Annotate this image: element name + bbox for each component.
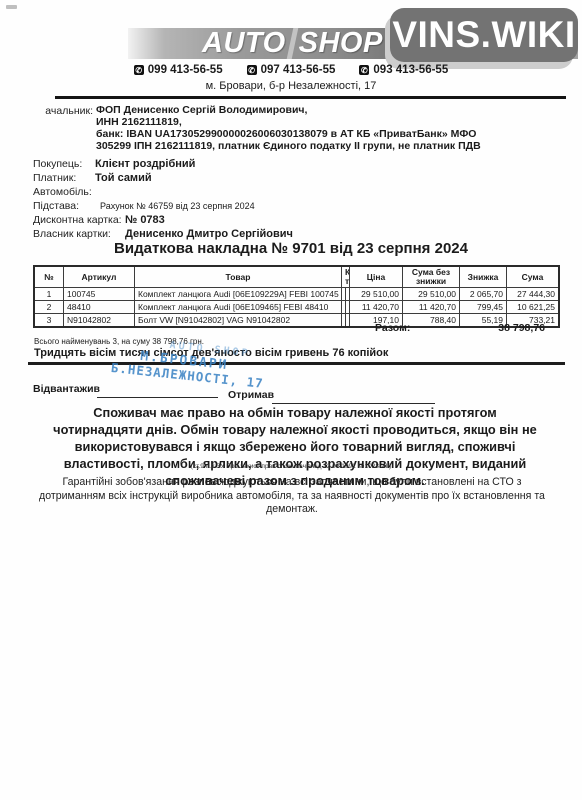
col-header-sku: Артикул: [64, 266, 135, 288]
cell-sku: N91042802: [64, 314, 135, 328]
phone-number: 097 413-56-55: [261, 64, 336, 76]
signature-shipped-line: [97, 380, 218, 398]
phone-number: 093 413-56-55: [373, 64, 448, 76]
cell-product: Комплект ланцюга Audi [06E109465] FEBI 4…: [135, 301, 342, 314]
cell-product: Болт VW [N91042802] VAG N91042802: [135, 314, 342, 328]
signature-received-label: Отримав: [228, 389, 274, 401]
total-label: Разом:: [375, 322, 410, 334]
warranty-paragraph: Гарантійні зобов'язання розповсюджуються…: [38, 476, 546, 517]
invoice-title: Видаткова накладна № 9701 від 23 серпня …: [0, 240, 582, 257]
seller-tax-info: 305299 ІПН 2162111819, платник Єдиного п…: [96, 140, 566, 152]
cell-unit: шт: [346, 301, 350, 314]
shop-address: м. Бровари, б-р Незалежності, 17: [0, 80, 582, 92]
signature-received-line: [272, 386, 435, 404]
cell-sku: 100745: [64, 288, 135, 301]
card-owner-label: Власник картки:: [33, 228, 125, 240]
col-header-price: Ціна: [350, 266, 403, 288]
table-row: 3 N91042802 Болт VW [N91042802] VAG N910…: [34, 314, 559, 328]
cell-qty: 1: [342, 288, 346, 301]
phone-entry: ✆ 097 413-56-55: [247, 64, 336, 76]
scan-artifact: [6, 5, 17, 9]
items-count-line: Всього найменувань 3, на суму 38 798,76 …: [34, 337, 204, 346]
col-header-product: Товар: [135, 266, 342, 288]
phone-entry: ✆ 093 413-56-55: [359, 64, 448, 76]
vins-wiki-watermark: VINS.WIKI: [390, 8, 578, 62]
summary-divider-line: [28, 362, 565, 365]
table-row: 1 100745 Комплект ланцюга Audi [06E10922…: [34, 288, 559, 301]
cell-sum-no-discount: 788,40: [403, 314, 460, 328]
shop-logo-shop: SHOP: [299, 27, 383, 60]
cell-num: 2: [34, 301, 64, 314]
cell-unit: шт: [346, 288, 350, 301]
total-value: 38 798,76: [498, 322, 545, 334]
cell-sku: 48410: [64, 301, 135, 314]
cell-discount: 2 065,70: [460, 288, 507, 301]
table-row: 2 48410 Комплект ланцюга Audi [06E109465…: [34, 301, 559, 314]
signature-shipped-label: Відвантажив: [33, 383, 100, 395]
seller-inn: ИНН 2162111819,: [96, 116, 566, 128]
items-table: № Артикул Товар Кіл-ть Ціна Сума без зни…: [33, 265, 560, 328]
col-header-qty: Кіл-ть: [342, 266, 350, 288]
phone-icon: ✆: [134, 65, 144, 75]
cell-sum: 27 444,30: [507, 288, 560, 301]
col-header-discount: Знижка: [460, 266, 507, 288]
law-citation: (ст.9 п.2 ЗУ Про захист прав споживачів …: [0, 463, 582, 470]
col-header-sum: Сума: [507, 266, 560, 288]
shop-logo: AUTO SHOP: [202, 27, 383, 60]
phone-entry: ✆ 099 413-56-55: [134, 64, 223, 76]
phone-icon: ✆: [359, 65, 369, 75]
phone-icon: ✆: [247, 65, 257, 75]
col-header-num: №: [34, 266, 64, 288]
cell-num: 1: [34, 288, 64, 301]
amount-in-words: Тридцять вісім тисяч сімсот дев'яносто в…: [34, 347, 388, 359]
shop-logo-auto: AUTO: [202, 27, 286, 60]
seller-label: ачальник:: [33, 105, 93, 117]
scanned-invoice-page: AUTO SHOP VINS.WIKI ✆ 099 413-56-55 ✆ 09…: [0, 0, 582, 800]
cell-price: 29 510,00: [350, 288, 403, 301]
cell-product: Комплект ланцюга Audi [06E109229A] FEBI …: [135, 288, 342, 301]
cell-sum: 10 621,25: [507, 301, 560, 314]
card-owner-value: Денисенко Дмитро Сергійович: [125, 228, 293, 240]
cell-unit: шт: [346, 314, 350, 328]
cell-price: 11 420,70: [350, 301, 403, 314]
payer-value: Той самий: [95, 172, 152, 184]
cell-discount: 799,45: [460, 301, 507, 314]
logo-separator: [286, 28, 298, 59]
cell-sum-no-discount: 11 420,70: [403, 301, 460, 314]
cell-qty: 1: [342, 301, 346, 314]
col-header-sum-no-discount: Сума без знижки: [403, 266, 460, 288]
cell-qty: 4: [342, 314, 346, 328]
cell-sum-no-discount: 29 510,00: [403, 288, 460, 301]
phone-list: ✆ 099 413-56-55 ✆ 097 413-56-55 ✆ 093 41…: [0, 64, 582, 76]
phone-number: 099 413-56-55: [148, 64, 223, 76]
seller-bank: банк: IBAN UA173052990000026006030138079…: [96, 128, 566, 140]
seller-name: ФОП Денисенко Сергій Володимирович,: [96, 104, 566, 116]
header-divider-line: [55, 96, 566, 99]
seller-info: ФОП Денисенко Сергій Володимирович, ИНН …: [96, 104, 566, 152]
table-header-row: № Артикул Товар Кіл-ть Ціна Сума без зни…: [34, 266, 559, 288]
cell-num: 3: [34, 314, 64, 328]
